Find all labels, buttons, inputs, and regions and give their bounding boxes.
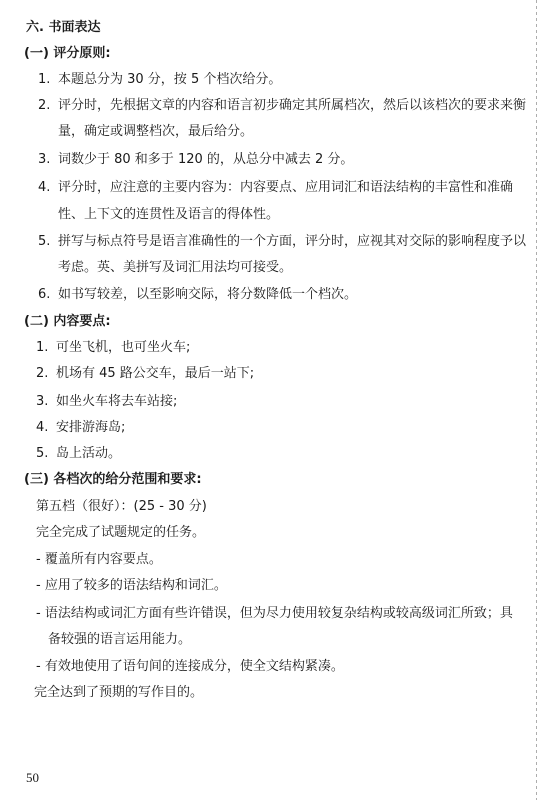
rule-item-3: 3.词数少于 80 和多于 120 的，从总分中减去 2 分。 [38,152,353,168]
part2-heading: (二) 内容要点: [24,314,111,330]
grade-bullet-1: - 覆盖所有内容要点。 [36,552,162,568]
grade-conclusion: 完全达到了预期的写作目的。 [34,685,203,701]
rule-item-5-cont: 考虑。英、美拼写及词汇用法均可接受。 [58,260,292,276]
content-point-5: 5.岛上活动。 [36,446,121,462]
rule-item-4-cont: 性、上下文的连贯性及语言的得体性。 [58,207,279,223]
rule-item-2: 2.评分时，先根据文章的内容和语言初步确定其所属档次，然后以该档次的要求来衡 [38,98,526,114]
part1-heading: (一) 评分原则: [24,46,111,62]
rule-item-6: 6.如书写较差，以至影响交际，将分数降低一个档次。 [38,287,357,303]
rule-item-1: 1.本题总分为 30 分，按 5 个档次给分。 [38,72,281,88]
grade-bullet-3-cont: 备较强的语言运用能力。 [48,632,191,648]
page-number: 50 [26,770,39,786]
grade-bullet-4: - 有效地使用了语句间的连接成分，使全文结构紧凑。 [36,659,344,675]
content-point-4: 4.安排游海岛; [36,420,125,436]
rule-item-2-cont: 量，确定或调整档次，最后给分。 [58,124,253,140]
content-point-1: 1.可坐飞机，也可坐火车; [36,340,190,356]
rule-item-5: 5.拼写与标点符号是语言准确性的一个方面，评分时，应视其对交际的影响程度予以 [38,234,526,250]
section-title: 六. 书面表达 [26,20,100,36]
grade-bullet-2: - 应用了较多的语法结构和词汇。 [36,578,227,594]
content-point-3: 3.如坐火车将去车站接; [36,394,177,410]
content-point-2: 2.机场有 45 路公交车，最后一站下; [36,366,254,382]
grade-intro: 完全完成了试题规定的任务。 [36,525,205,541]
rule-item-4: 4.评分时，应注意的主要内容为：内容要点、应用词汇和语法结构的丰富性和准确 [38,180,513,196]
grade-bullet-3: - 语法结构或词汇方面有些许错误，但为尽力使用较复杂结构或较高级词汇所致；具 [36,606,513,622]
scan-edge-divider [536,0,537,800]
grade-title: 第五档（很好）：(25 - 30 分) [36,499,207,515]
part3-heading: (三) 各档次的给分范围和要求: [24,472,202,488]
